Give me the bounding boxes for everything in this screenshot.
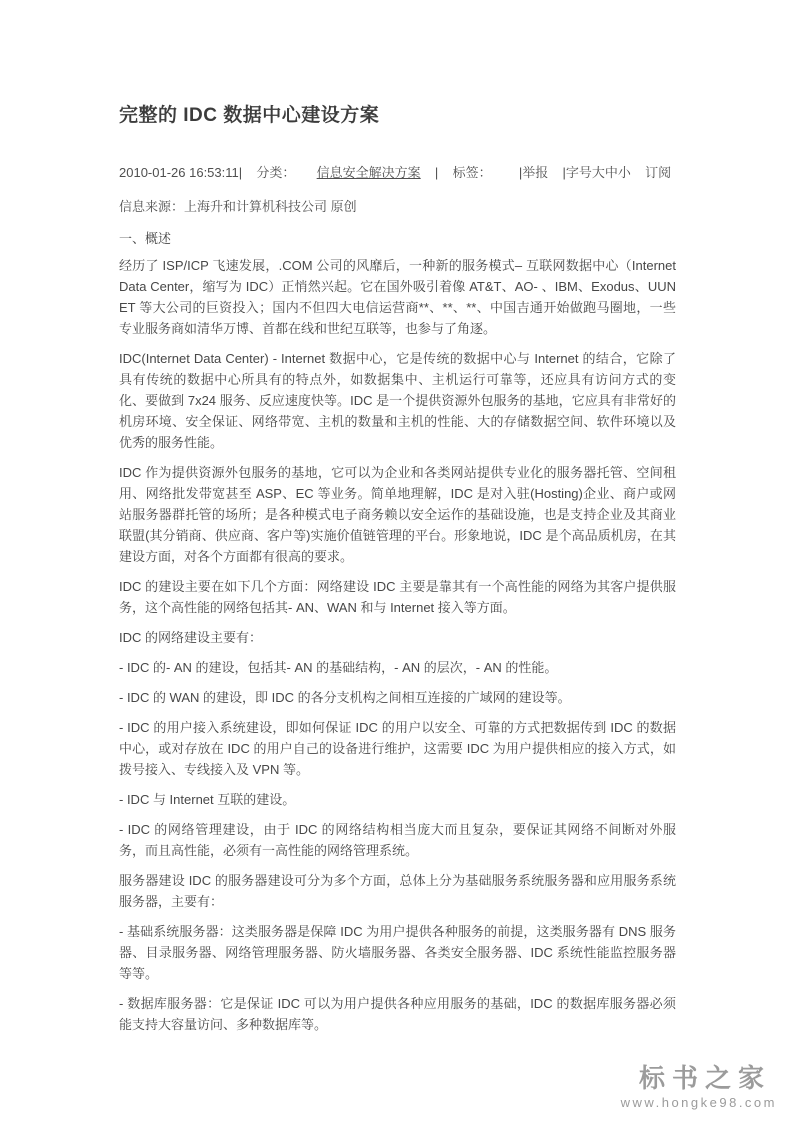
category-link[interactable]: 信息安全解决方案 [317, 165, 421, 180]
report-link[interactable]: |举报 [519, 165, 548, 180]
subscribe-link[interactable]: 订阅 [645, 165, 671, 180]
paragraph: 服务器建设 IDC 的服务器建设可分为多个方面，总体上分为基础服务系统服务器和应… [119, 870, 676, 912]
tags-label: 标签： [453, 165, 492, 180]
paragraph: IDC 的建设主要在如下几个方面：网络建设 IDC 主要是靠其有一个高性能的网络… [119, 576, 676, 618]
paragraph: - IDC 的 WAN 的建设，即 IDC 的各分支机构之间相互连接的广域网的建… [119, 687, 676, 708]
paragraph: - 基础系统服务器：这类服务器是保障 IDC 为用户提供各种服务的前提，这类服务… [119, 921, 676, 984]
fontsize-links[interactable]: |字号大中小 [562, 165, 630, 180]
document-page: 完整的 IDC 数据中心建设方案 2010-01-26 16:53:11| 分类… [0, 0, 793, 1122]
paragraph: IDC 的网络建设主要有： [119, 627, 676, 648]
site-watermark: 标书之家 www.hongke98.com [517, 1063, 777, 1111]
article-body: 经历了 ISP/ICP 飞速发展，.COM 公司的风靡后，一种新的服务模式– 互… [119, 255, 676, 1035]
watermark-url: www.hongke98.com [517, 1095, 777, 1111]
page-title: 完整的 IDC 数据中心建设方案 [119, 103, 676, 129]
post-meta-bar: 2010-01-26 16:53:11| 分类： 信息安全解决方案 | 标签： … [119, 162, 676, 183]
paragraph: 经历了 ISP/ICP 飞速发展，.COM 公司的风靡后，一种新的服务模式– 互… [119, 255, 676, 339]
section-heading: 一、概述 [119, 228, 676, 249]
watermark-brand: 标书之家 [517, 1063, 771, 1093]
paragraph: IDC(Internet Data Center) - Internet 数据中… [119, 348, 676, 453]
category-label: 分类： [256, 165, 295, 180]
post-datetime: 2010-01-26 16:53:11| [119, 165, 242, 180]
paragraph: - IDC 的- AN 的建设，包括其- AN 的基础结构，- AN 的层次，-… [119, 657, 676, 678]
paragraph: IDC 作为提供资源外包服务的基地，它可以为企业和各类网站提供专业化的服务器托管… [119, 462, 676, 567]
meta-divider: | [435, 165, 438, 180]
paragraph: - IDC 的网络管理建设，由于 IDC 的网络结构相当庞大而且复杂，要保证其网… [119, 819, 676, 861]
paragraph: - 数据库服务器：它是保证 IDC 可以为用户提供各种应用服务的基础，IDC 的… [119, 993, 676, 1035]
source-line: 信息来源：上海升和计算机科技公司 原创 [119, 196, 676, 217]
paragraph: - IDC 与 Internet 互联的建设。 [119, 789, 676, 810]
paragraph: - IDC 的用户接入系统建设，即如何保证 IDC 的用户以安全、可靠的方式把数… [119, 717, 676, 780]
